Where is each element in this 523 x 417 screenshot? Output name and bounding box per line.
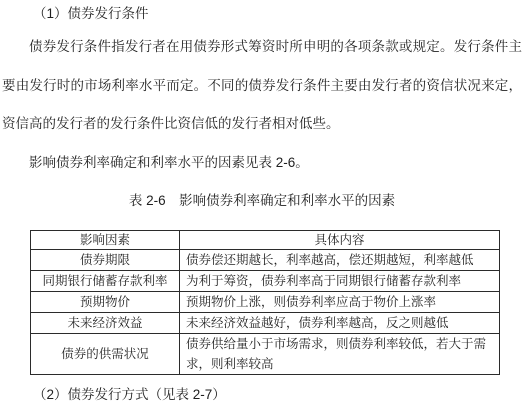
section-heading-bond-issuance-methods: （2）债券发行方式（见表 2-7）: [2, 385, 522, 405]
column-header-factor: 影响因素: [31, 230, 180, 249]
section-heading-bond-issuance-conditions: （1）债券发行条件: [2, 7, 522, 21]
table-row: 预期物价 预期物价上涨，则债券利率应高于物价上涨率: [31, 291, 500, 312]
factor-cell: 债券的供需状况: [31, 333, 180, 374]
factor-cell: 未来经济效益: [31, 312, 180, 333]
factor-cell: 同期银行储蓄存款利率: [31, 270, 180, 291]
detail-cell: 债券偿还期越长，利率越高，偿还期越短，利率越低: [180, 249, 500, 270]
table-caption: 表 2-6 影响债券利率确定和利率水平的因素: [2, 182, 522, 221]
table-header-row: 影响因素 具体内容: [31, 230, 500, 249]
paragraph-issuance-conditions: 债券发行条件指发行者在用债券形式筹资时所申明的各项条款或规定。发行条件主要由发行…: [2, 28, 522, 144]
table-row: 同期银行储蓄存款利率 为利于筹资，债券利率高于同期银行储蓄存款利率: [31, 270, 500, 291]
factor-cell: 债券期限: [31, 249, 180, 270]
detail-cell: 债券供给量小于市场需求，则债券利率较低，若大于需求，则利率较高: [180, 333, 500, 374]
detail-cell: 未来经济效益越好，债券利率越高，反之则越低: [180, 312, 500, 333]
paragraph-table-reference: 影响债券利率确定和利率水平的因素见表 2-6。: [2, 144, 522, 183]
table-row: 未来经济效益 未来经济效益越好，债券利率越高，反之则越低: [31, 312, 500, 333]
factor-cell: 预期物价: [31, 291, 180, 312]
detail-cell: 预期物价上涨，则债券利率应高于物价上涨率: [180, 291, 500, 312]
column-header-detail: 具体内容: [180, 230, 500, 249]
document-page: （1）债券发行条件 债券发行条件指发行者在用债券形式筹资时所申明的各项条款或规定…: [0, 0, 523, 405]
detail-cell: 为利于筹资，债券利率高于同期银行储蓄存款利率: [180, 270, 500, 291]
interest-rate-factors-table: 影响因素 具体内容 债券期限 债券偿还期越长，利率越高，偿还期越短，利率越低 同…: [30, 230, 500, 375]
table-row: 债券期限 债券偿还期越长，利率越高，偿还期越短，利率越低: [31, 249, 500, 270]
table-row: 债券的供需状况 债券供给量小于市场需求，则债券利率较低，若大于需求，则利率较高: [31, 333, 500, 374]
